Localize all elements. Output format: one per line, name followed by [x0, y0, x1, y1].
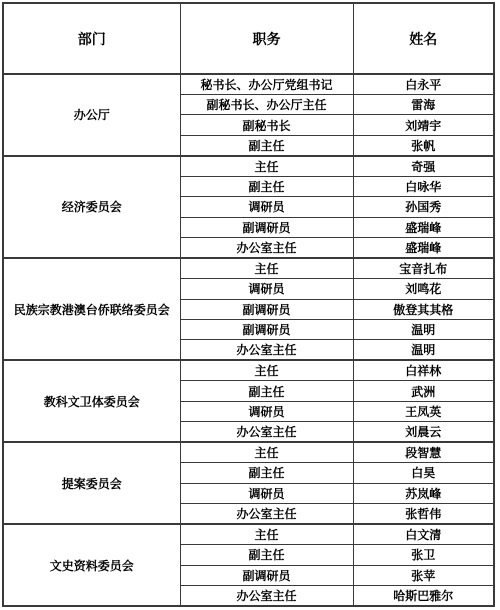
table-row: 办公厅秘书长、办公厅党组书记白永平 — [3, 74, 494, 94]
department-section: 经济委员会主任奇强副主任白咏华调研员孙国秀副调研员盛瑞峰办公室主任盛瑞峰 — [3, 156, 494, 258]
position-cell: 办公室主任 — [180, 504, 353, 524]
table-row: 民族宗教港澳台侨联络委员会主任宝音扎布 — [3, 258, 494, 278]
table-row: 文史资料委员会主任白文清 — [3, 524, 494, 544]
staff-table: 部门 职务 姓名 办公厅秘书长、办公厅党组书记白永平副秘书长、办公厅主任雷海副秘… — [2, 2, 495, 607]
name-cell: 张帆 — [353, 135, 494, 155]
name-cell: 温明 — [353, 340, 494, 360]
column-header-position: 职务 — [180, 3, 353, 74]
position-cell: 办公室主任 — [180, 586, 353, 606]
name-cell: 白祥林 — [353, 360, 494, 380]
name-cell: 白文清 — [353, 524, 494, 544]
page: 部门 职务 姓名 办公厅秘书长、办公厅党组书记白永平副秘书长、办公厅主任雷海副秘… — [0, 0, 500, 610]
department-cell: 教科文卫体委员会 — [3, 360, 180, 442]
department-section: 办公厅秘书长、办公厅党组书记白永平副秘书长、办公厅主任雷海副秘书长刘靖宇副主任张… — [3, 74, 494, 156]
position-cell: 副主任 — [180, 381, 353, 401]
position-cell: 副调研员 — [180, 299, 353, 319]
position-cell: 办公室主任 — [180, 422, 353, 442]
position-cell: 办公室主任 — [180, 238, 353, 258]
name-cell: 盛瑞峰 — [353, 238, 494, 258]
column-header-department: 部门 — [3, 3, 180, 74]
department-cell: 提案委员会 — [3, 442, 180, 524]
position-cell: 副秘书长、办公厅主任 — [180, 94, 353, 114]
name-cell: 段智慧 — [353, 442, 494, 462]
name-cell: 白昊 — [353, 463, 494, 483]
name-cell: 雷海 — [353, 94, 494, 114]
name-cell: 温明 — [353, 320, 494, 340]
position-cell: 主任 — [180, 524, 353, 544]
column-header-name: 姓名 — [353, 3, 494, 74]
department-section: 民族宗教港澳台侨联络委员会主任宝音扎布调研员刘鸣花副调研员傲登其其格副调研员温明… — [3, 258, 494, 360]
position-cell: 副主任 — [180, 463, 353, 483]
department-section: 教科文卫体委员会主任白祥林副主任武洲调研员王凤英办公室主任刘晨云 — [3, 360, 494, 442]
name-cell: 白咏华 — [353, 176, 494, 196]
name-cell: 孙国秀 — [353, 197, 494, 217]
position-cell: 副主任 — [180, 176, 353, 196]
position-cell: 副主任 — [180, 545, 353, 565]
name-cell: 张苹 — [353, 565, 494, 585]
name-cell: 刘鸣花 — [353, 279, 494, 299]
position-cell: 调研员 — [180, 197, 353, 217]
department-cell: 民族宗教港澳台侨联络委员会 — [3, 258, 180, 360]
position-cell: 主任 — [180, 156, 353, 176]
position-cell: 副秘书长 — [180, 115, 353, 135]
table-row: 经济委员会主任奇强 — [3, 156, 494, 176]
position-cell: 副调研员 — [180, 320, 353, 340]
position-cell: 主任 — [180, 360, 353, 380]
position-cell: 调研员 — [180, 401, 353, 421]
department-cell: 办公厅 — [3, 74, 180, 156]
department-cell: 文史资料委员会 — [3, 524, 180, 606]
department-section: 文史资料委员会主任白文清副主任张卫副调研员张苹办公室主任哈斯巴雅尔 — [3, 524, 494, 606]
position-cell: 调研员 — [180, 279, 353, 299]
name-cell: 宝音扎布 — [353, 258, 494, 278]
table-header: 部门 职务 姓名 — [3, 3, 494, 74]
position-cell: 副调研员 — [180, 217, 353, 237]
name-cell: 张哲伟 — [353, 504, 494, 524]
position-cell: 副调研员 — [180, 565, 353, 585]
header-row: 部门 职务 姓名 — [3, 3, 494, 74]
name-cell: 傲登其其格 — [353, 299, 494, 319]
table-row: 教科文卫体委员会主任白祥林 — [3, 360, 494, 380]
department-cell: 经济委员会 — [3, 156, 180, 258]
position-cell: 办公室主任 — [180, 340, 353, 360]
table-row: 提案委员会主任段智慧 — [3, 442, 494, 462]
department-section: 提案委员会主任段智慧副主任白昊调研员苏岚峰办公室主任张哲伟 — [3, 442, 494, 524]
position-cell: 主任 — [180, 442, 353, 462]
name-cell: 白永平 — [353, 74, 494, 94]
name-cell: 张卫 — [353, 545, 494, 565]
name-cell: 刘晨云 — [353, 422, 494, 442]
position-cell: 秘书长、办公厅党组书记 — [180, 74, 353, 94]
name-cell: 王凤英 — [353, 401, 494, 421]
name-cell: 盛瑞峰 — [353, 217, 494, 237]
name-cell: 奇强 — [353, 156, 494, 176]
position-cell: 副主任 — [180, 135, 353, 155]
name-cell: 武洲 — [353, 381, 494, 401]
position-cell: 主任 — [180, 258, 353, 278]
name-cell: 刘靖宇 — [353, 115, 494, 135]
name-cell: 哈斯巴雅尔 — [353, 586, 494, 606]
name-cell: 苏岚峰 — [353, 483, 494, 503]
position-cell: 调研员 — [180, 483, 353, 503]
